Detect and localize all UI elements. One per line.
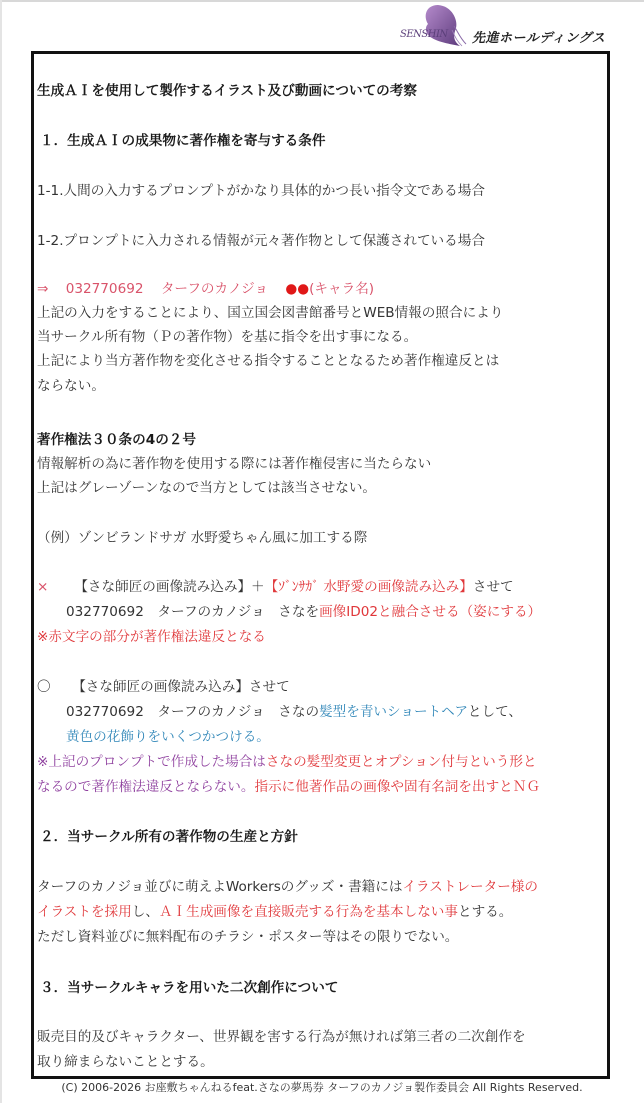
example-id: 032770692 <box>66 281 144 297</box>
header: SENSHIN 先進ホールディングス <box>0 0 644 50</box>
note1-purple: ※上記のプロンプトで作成した場合は <box>37 754 266 770</box>
character-label: (キャラ名) <box>309 281 374 297</box>
s2-l1-black: ターフのカノジョ並びに萌えよWorkersのグッズ・書籍には <box>37 879 402 895</box>
example-intro: （例）ゾンビランドサガ 水野愛ちゃん風に加工する際 <box>37 528 367 548</box>
s2-l2-red2: ＡＩ生成画像を直接販売する行為を基本しない事 <box>159 904 458 920</box>
circle-mark-icon: 〇 <box>37 679 51 695</box>
company-name: 先進ホールディングス <box>472 27 605 46</box>
good-example-prompt: 032770692 ターフのカノジョ さなの <box>66 704 319 720</box>
logo-silhouette-icon <box>398 2 468 48</box>
section3-line-2: 取り締まらないこととする。 <box>37 1052 214 1072</box>
section1-heading: １．生成ＡＩの成果物に著作権を寄与する条件 <box>40 131 325 151</box>
s2-l2-black1: し、 <box>132 904 159 920</box>
explanation-line-2: 当サークル所有物（Ｐの著作物）を基に指令を出す事になる。 <box>37 327 417 347</box>
bad-example-line-1: × 【さな師匠の画像読み込み】＋【ｿﾞﾝｻｶﾞ 水野愛の画像読み込み】させて <box>37 577 514 597</box>
good-example-load: 【さな師匠の画像読み込み】させて <box>72 679 290 695</box>
condition-1-1: 1-1.人間の入力するプロンプトがかなり具体的かつ長い指令文である場合 <box>37 181 485 201</box>
bad-example-part2: 【ｿﾞﾝｻｶﾞ 水野愛の画像読み込み】 <box>265 579 473 595</box>
section3-line-1: 販売目的及びキャラクター、世界観を害する行為が無ければ第三者の二次創作を <box>37 1027 526 1047</box>
section2-heading: ２．当サークル所有の著作物の生産と方針 <box>40 827 298 847</box>
s2-l1-red: イラストレーター様の <box>402 879 538 895</box>
law-line-2: 上記はグレーゾーンなので当方としては該当させない。 <box>37 478 376 498</box>
arrow-icon: ⇒ <box>37 281 48 297</box>
copyright-footer: (C) 2006-2026 お座敷ちゃんねるfeat.さなの夢馬券 ターフのカノ… <box>0 1079 644 1095</box>
good-example-line-3: 黄色の花飾りをいくつかつける。 <box>66 727 270 747</box>
note2-red: 指示に他著作品の画像や固有名詞を出すとＮＧ <box>255 779 540 795</box>
section2-line-3: ただし資料並びに無料配布のチラシ・ポスター等はその限りでない。 <box>37 927 458 947</box>
document-frame: 生成ＡＩを使用して製作するイラスト及び動画についての考察 １．生成ＡＩの成果物に… <box>31 51 610 1079</box>
section3-heading: ３．当サークルキャラを用いた二次創作について <box>40 978 338 998</box>
left-edge <box>0 0 2 1103</box>
law-line-1: 情報解析の為に著作物を使用する際には著作権侵害に当たらない <box>37 454 431 474</box>
explanation-line-1: 上記の入力をすることにより、国立国会図書館番号とWEB情報の照合により <box>37 303 503 323</box>
good-example-line2-end: として、 <box>468 704 522 720</box>
good-example-line-1: 〇 【さな師匠の画像読み込み】させて <box>37 677 290 697</box>
good-example-hair: 髪型を青いショートヘア <box>319 704 468 720</box>
section2-line-1: ターフのカノジョ並びに萌えよWorkersのグッズ・書籍にはイラストレーター様の <box>37 877 538 897</box>
cross-mark-icon: × <box>37 579 48 595</box>
prompt-example: ⇒ 032770692 ターフのカノジョ ●●(キャラ名) <box>37 279 374 299</box>
logo-text: SENSHIN <box>400 29 448 40</box>
good-example-note-2: なるので著作権法違反とならない。指示に他著作品の画像や固有名詞を出すとＮＧ <box>37 777 540 797</box>
bad-example-violation: 画像ID02と融合させる（姿にする） <box>319 604 541 620</box>
law-heading: 著作権法３０条の4の２号 <box>37 430 196 450</box>
character-placeholder-dots: ●● <box>285 281 309 297</box>
note1-red: さなの髪型変更とオプション付与という形と <box>266 754 537 770</box>
s2-l2-black2: とする。 <box>458 904 512 920</box>
section2-line-2: イラストを採用し、ＡＩ生成画像を直接販売する行為を基本しない事とする。 <box>37 902 512 922</box>
note2-purple: なるので著作権法違反とならない。 <box>37 779 255 795</box>
good-example-note-1: ※上記のプロンプトで作成した場合はさなの髪型変更とオプション付与という形と <box>37 752 537 772</box>
bad-example-prompt: 032770692 ターフのカノジョ さなを <box>66 604 319 620</box>
bad-example-part1: 【さな師匠の画像読み込み】＋ <box>74 579 264 595</box>
explanation-line-3: 上記により当方著作物を変化させる指令することとなるため著作権違反とは <box>37 351 499 371</box>
bad-example-note: ※赤文字の部分が著作権法違反となる <box>37 627 266 647</box>
good-example-line-2: 032770692 ターフのカノジョ さなの髪型を青いショートヘアとして、 <box>66 702 522 722</box>
condition-1-2: 1-2.プロンプトに入力される情報が元々著作物として保護されている場合 <box>37 231 485 251</box>
explanation-line-4: ならない。 <box>37 376 105 396</box>
bad-example-part3: させて <box>473 579 514 595</box>
bad-example-line-2: 032770692 ターフのカノジョ さなを画像ID02と融合させる（姿にする） <box>66 602 541 622</box>
s2-l2-red1: イラストを採用 <box>37 904 132 920</box>
document-title: 生成ＡＩを使用して製作するイラスト及び動画についての考察 <box>37 81 417 101</box>
example-title: ターフのカノジョ <box>161 281 268 297</box>
